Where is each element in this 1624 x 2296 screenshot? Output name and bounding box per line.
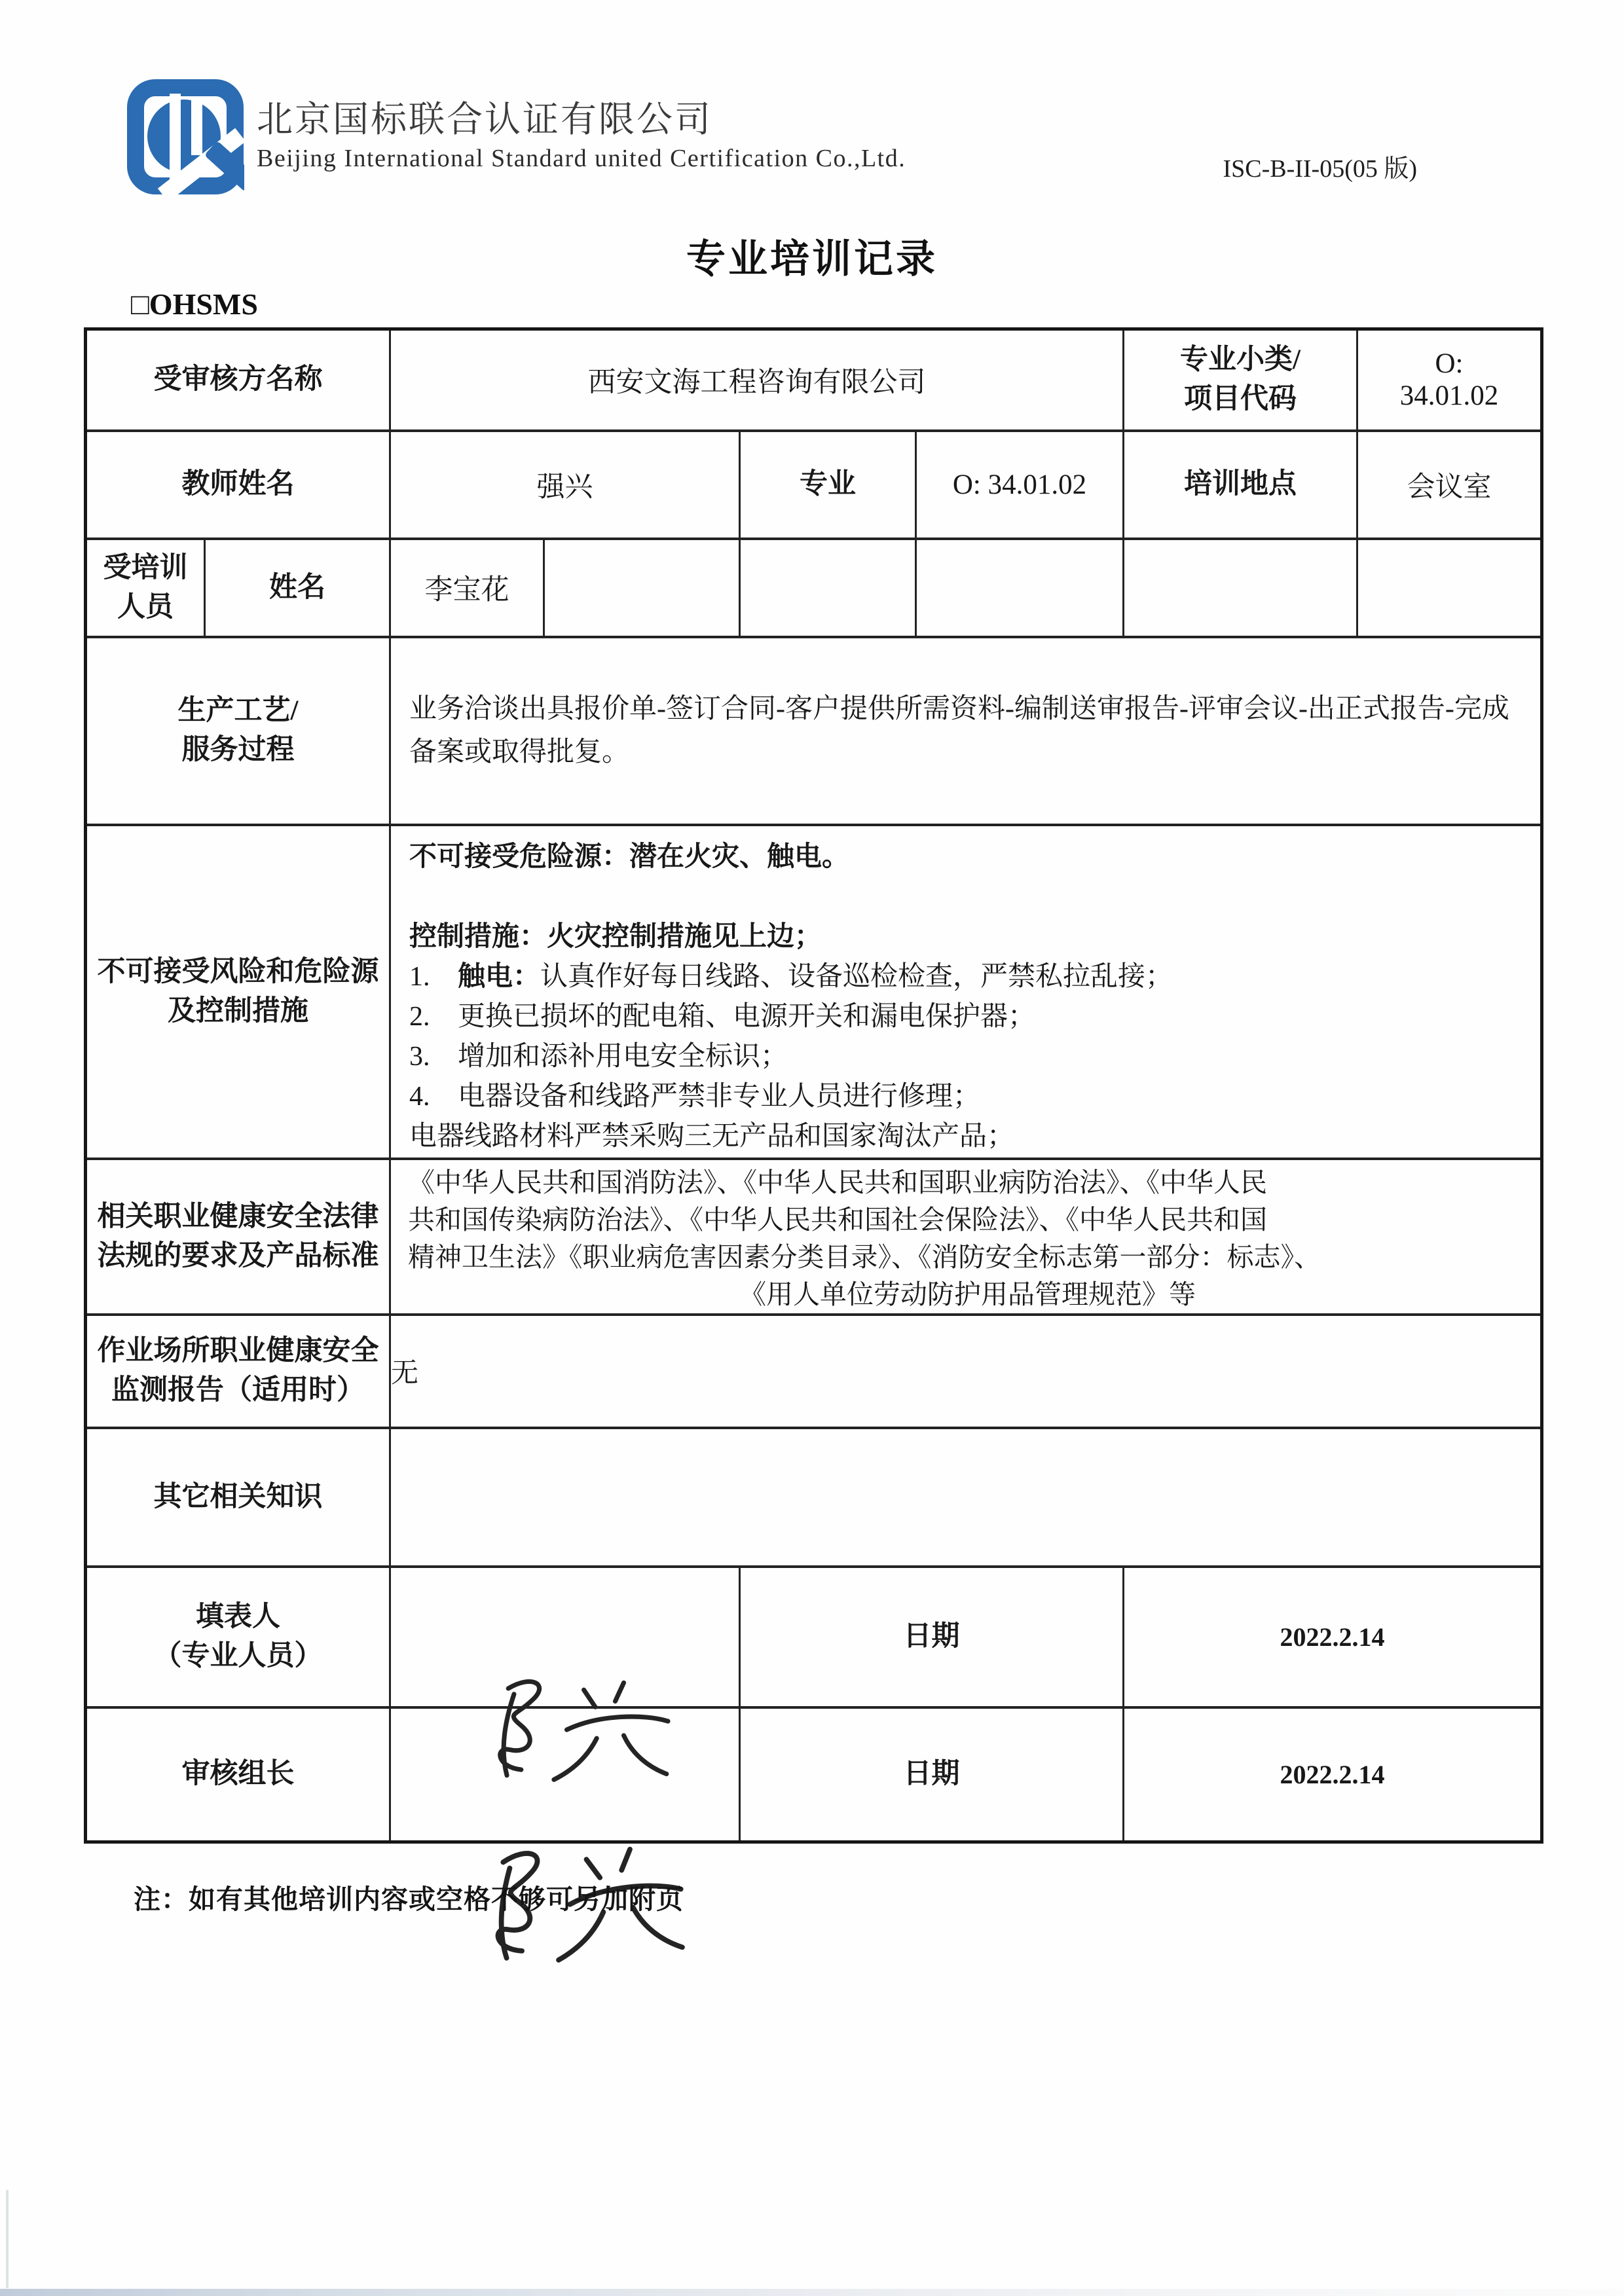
filler-date-label: 日期 xyxy=(740,1567,1124,1707)
subclass-code-line1: O: xyxy=(1358,348,1540,380)
filler-label-line2: （专业人员） xyxy=(87,1637,389,1676)
scan-edge-artifact xyxy=(6,2190,9,2288)
risk-item-2-text: 更换已损坏的配电箱、电源开关和漏电保护器； xyxy=(458,1002,1035,1032)
risk-line-controls: 控制措施：火灾控制措施见上边； xyxy=(409,917,1524,957)
row-process: 生产工艺/ 服务过程 业务洽谈出具报价单-签订合同-客户提供所需资料-编制送审报… xyxy=(86,637,1542,825)
risk-item-3-text: 增加和添补用电安全标识； xyxy=(458,1042,788,1072)
trainee-name-cell-empty-4 xyxy=(1124,539,1357,637)
page-title: 专业培训记录 xyxy=(0,228,1624,284)
process-label: 生产工艺/ 服务过程 xyxy=(86,637,390,825)
laws-line2: 共和国传染病防治法》、《中华人民共和国社会保险法》、《中华人民共和国 xyxy=(408,1201,1527,1239)
other-knowledge-value xyxy=(390,1428,1542,1567)
process-value-line2: 备案或取得批复。 xyxy=(409,731,1531,774)
laws-label: 相关职业健康安全法律 法规的要求及产品标准 xyxy=(86,1159,390,1315)
trainees-label-line1: 受培训 xyxy=(87,549,204,588)
laws-line4: 《用人单位劳动防护用品管理规范》等 xyxy=(408,1276,1527,1313)
other-knowledge-label: 其它相关知识 xyxy=(86,1428,390,1567)
trainee-name-1: 李宝花 xyxy=(390,539,544,637)
risk-line-materials: 电器线路材料严禁采购三无产品和国家淘汰产品； xyxy=(409,1117,1524,1157)
subclass-code: O: 34.01.02 xyxy=(1357,329,1542,431)
document-code: ISC-B-II-05(05 版) xyxy=(1223,148,1417,184)
risk-item-1-num: 1. xyxy=(409,957,458,997)
row-laws: 相关职业健康安全法律 法规的要求及产品标准 《中华人民共和国消防法》、《中华人民… xyxy=(86,1159,1542,1315)
row-teacher: 教师姓名 强兴 专业 O: 34.01.02 培训地点 会议室 xyxy=(86,431,1542,539)
leader-date-value: 2022.2.14 xyxy=(1124,1707,1542,1842)
subclass-label-line1: 专业小类/ xyxy=(1124,340,1356,380)
risk-item-1-text: 认真作好每日线路、设备巡检检查，严禁私拉乱接； xyxy=(540,962,1173,992)
specialty-value: O: 34.01.02 xyxy=(916,431,1124,539)
risk-item-2-num: 2. xyxy=(409,997,458,1037)
filler-signature-cell xyxy=(390,1567,740,1707)
specialty-label: 专业 xyxy=(740,431,916,539)
laws-line1: 《中华人民共和国消防法》、《中华人民共和国职业病防治法》、《中华人民 xyxy=(408,1164,1527,1201)
process-value-line1: 业务洽谈出具报价单-签订合同-客户提供所需资料-编制送审报告-评审会议-出正式报… xyxy=(409,687,1531,731)
subclass-label-line2: 项目代码 xyxy=(1124,380,1356,419)
laws-line3: 精神卫生法》《职业病危害因素分类目录》、《消防安全标志第一部分：标志》、 xyxy=(408,1239,1527,1276)
training-record-table: 受审核方名称 西安文海工程咨询有限公司 专业小类/ 项目代码 O: 34.01.… xyxy=(84,327,1543,1844)
filler-date-value: 2022.2.14 xyxy=(1124,1567,1542,1707)
trainee-name-cell-empty-5 xyxy=(1357,539,1542,637)
risk-item-3-num: 3. xyxy=(409,1037,458,1077)
risk-item-1: 1.触电：认真作好每日线路、设备巡检检查，严禁私拉乱接； xyxy=(409,957,1524,997)
row-auditee: 受审核方名称 西安文海工程咨询有限公司 专业小类/ 项目代码 O: 34.01.… xyxy=(86,329,1542,431)
risk-label-line2: 及控制措施 xyxy=(87,992,389,1031)
row-filler: 填表人 （专业人员） xyxy=(86,1567,1542,1707)
row-monitoring: 作业场所职业健康安全 监测报告（适用时） 无 xyxy=(86,1315,1542,1428)
trainee-name-label: 姓名 xyxy=(205,539,390,637)
risk-label: 不可接受风险和危险源 及控制措施 xyxy=(86,825,390,1159)
trainees-label-line2: 人员 xyxy=(87,588,204,627)
row-risk: 不可接受风险和危险源 及控制措施 不可接受危险源：潜在火灾、触电。 控制措施：火… xyxy=(86,825,1542,1159)
leader-date-label: 日期 xyxy=(740,1707,1124,1842)
auditee-value: 西安文海工程咨询有限公司 xyxy=(390,329,1124,431)
ohsms-checkbox-label: □OHSMS xyxy=(131,287,258,321)
risk-item-4: 4.电器设备和线路严禁非专业人员进行修理； xyxy=(409,1077,1524,1117)
row-audit-leader: 审核组长 日期 xyxy=(86,1707,1542,1842)
leader-label: 审核组长 xyxy=(86,1707,390,1842)
monitoring-value: 无 xyxy=(390,1315,1542,1428)
company-name-cn: 北京国标联合认证有限公司 xyxy=(257,90,712,142)
trainee-name-cell-empty-2 xyxy=(740,539,916,637)
risk-item-3: 3.增加和添补用电安全标识； xyxy=(409,1037,1524,1077)
risk-line-blank xyxy=(409,877,1524,917)
risk-content: 不可接受危险源：潜在火灾、触电。 控制措施：火灾控制措施见上边； 1.触电：认真… xyxy=(390,825,1542,1159)
trainee-name-cell-empty-3 xyxy=(916,539,1124,637)
monitoring-label-line1: 作业场所职业健康安全 xyxy=(87,1332,389,1371)
risk-line-hazards: 不可接受危险源：潜在火灾、触电。 xyxy=(409,837,1524,877)
location-value: 会议室 xyxy=(1357,431,1542,539)
filler-signature-qiangxing xyxy=(463,1664,679,1785)
scan-bottom-bar-artifact xyxy=(0,2289,1624,2296)
trainee-name-cell-empty-1 xyxy=(544,539,740,637)
risk-item-4-num: 4. xyxy=(409,1077,458,1117)
laws-content: 《中华人民共和国消防法》、《中华人民共和国职业病防治法》、《中华人民 共和国传染… xyxy=(390,1159,1542,1315)
location-label: 培训地点 xyxy=(1124,431,1357,539)
filler-label: 填表人 （专业人员） xyxy=(86,1567,390,1707)
teacher-label: 教师姓名 xyxy=(86,431,390,539)
footer-note: 注：如有其他培训内容或空格不够可另加附页 xyxy=(134,1878,684,1916)
risk-item-2: 2.更换已损坏的配电箱、电源开关和漏电保护器； xyxy=(409,997,1524,1037)
monitoring-label-line2: 监测报告（适用时） xyxy=(87,1371,389,1410)
laws-label-line1: 相关职业健康安全法律 xyxy=(87,1197,389,1237)
subclass-code-line2: 34.01.02 xyxy=(1358,380,1540,412)
risk-item-1-term: 触电： xyxy=(458,962,540,992)
process-label-line1: 生产工艺/ xyxy=(87,691,389,731)
scanned-training-record-page: 北京国标联合认证有限公司 Beijing International Stand… xyxy=(0,0,1624,2296)
monitoring-label: 作业场所职业健康安全 监测报告（适用时） xyxy=(86,1315,390,1428)
row-trainees: 受培训 人员 姓名 李宝花 xyxy=(86,539,1542,637)
process-value: 业务洽谈出具报价单-签订合同-客户提供所需资料-编制送审报告-评审会议-出正式报… xyxy=(390,637,1542,825)
auditee-label: 受审核方名称 xyxy=(86,329,390,431)
isc-logo-icon xyxy=(126,79,244,194)
risk-label-line1: 不可接受风险和危险源 xyxy=(87,953,389,992)
laws-label-line2: 法规的要求及产品标准 xyxy=(87,1237,389,1276)
risk-item-4-text: 电器设备和线路严禁非专业人员进行修理； xyxy=(458,1082,980,1112)
subclass-label: 专业小类/ 项目代码 xyxy=(1124,329,1357,431)
teacher-value: 强兴 xyxy=(390,431,740,539)
filler-label-line1: 填表人 xyxy=(87,1597,389,1637)
row-other-knowledge: 其它相关知识 xyxy=(86,1428,1542,1567)
trainees-label: 受培训 人员 xyxy=(86,539,205,637)
company-name-en: Beijing International Standard united Ce… xyxy=(257,144,906,173)
process-label-line2: 服务过程 xyxy=(87,731,389,770)
